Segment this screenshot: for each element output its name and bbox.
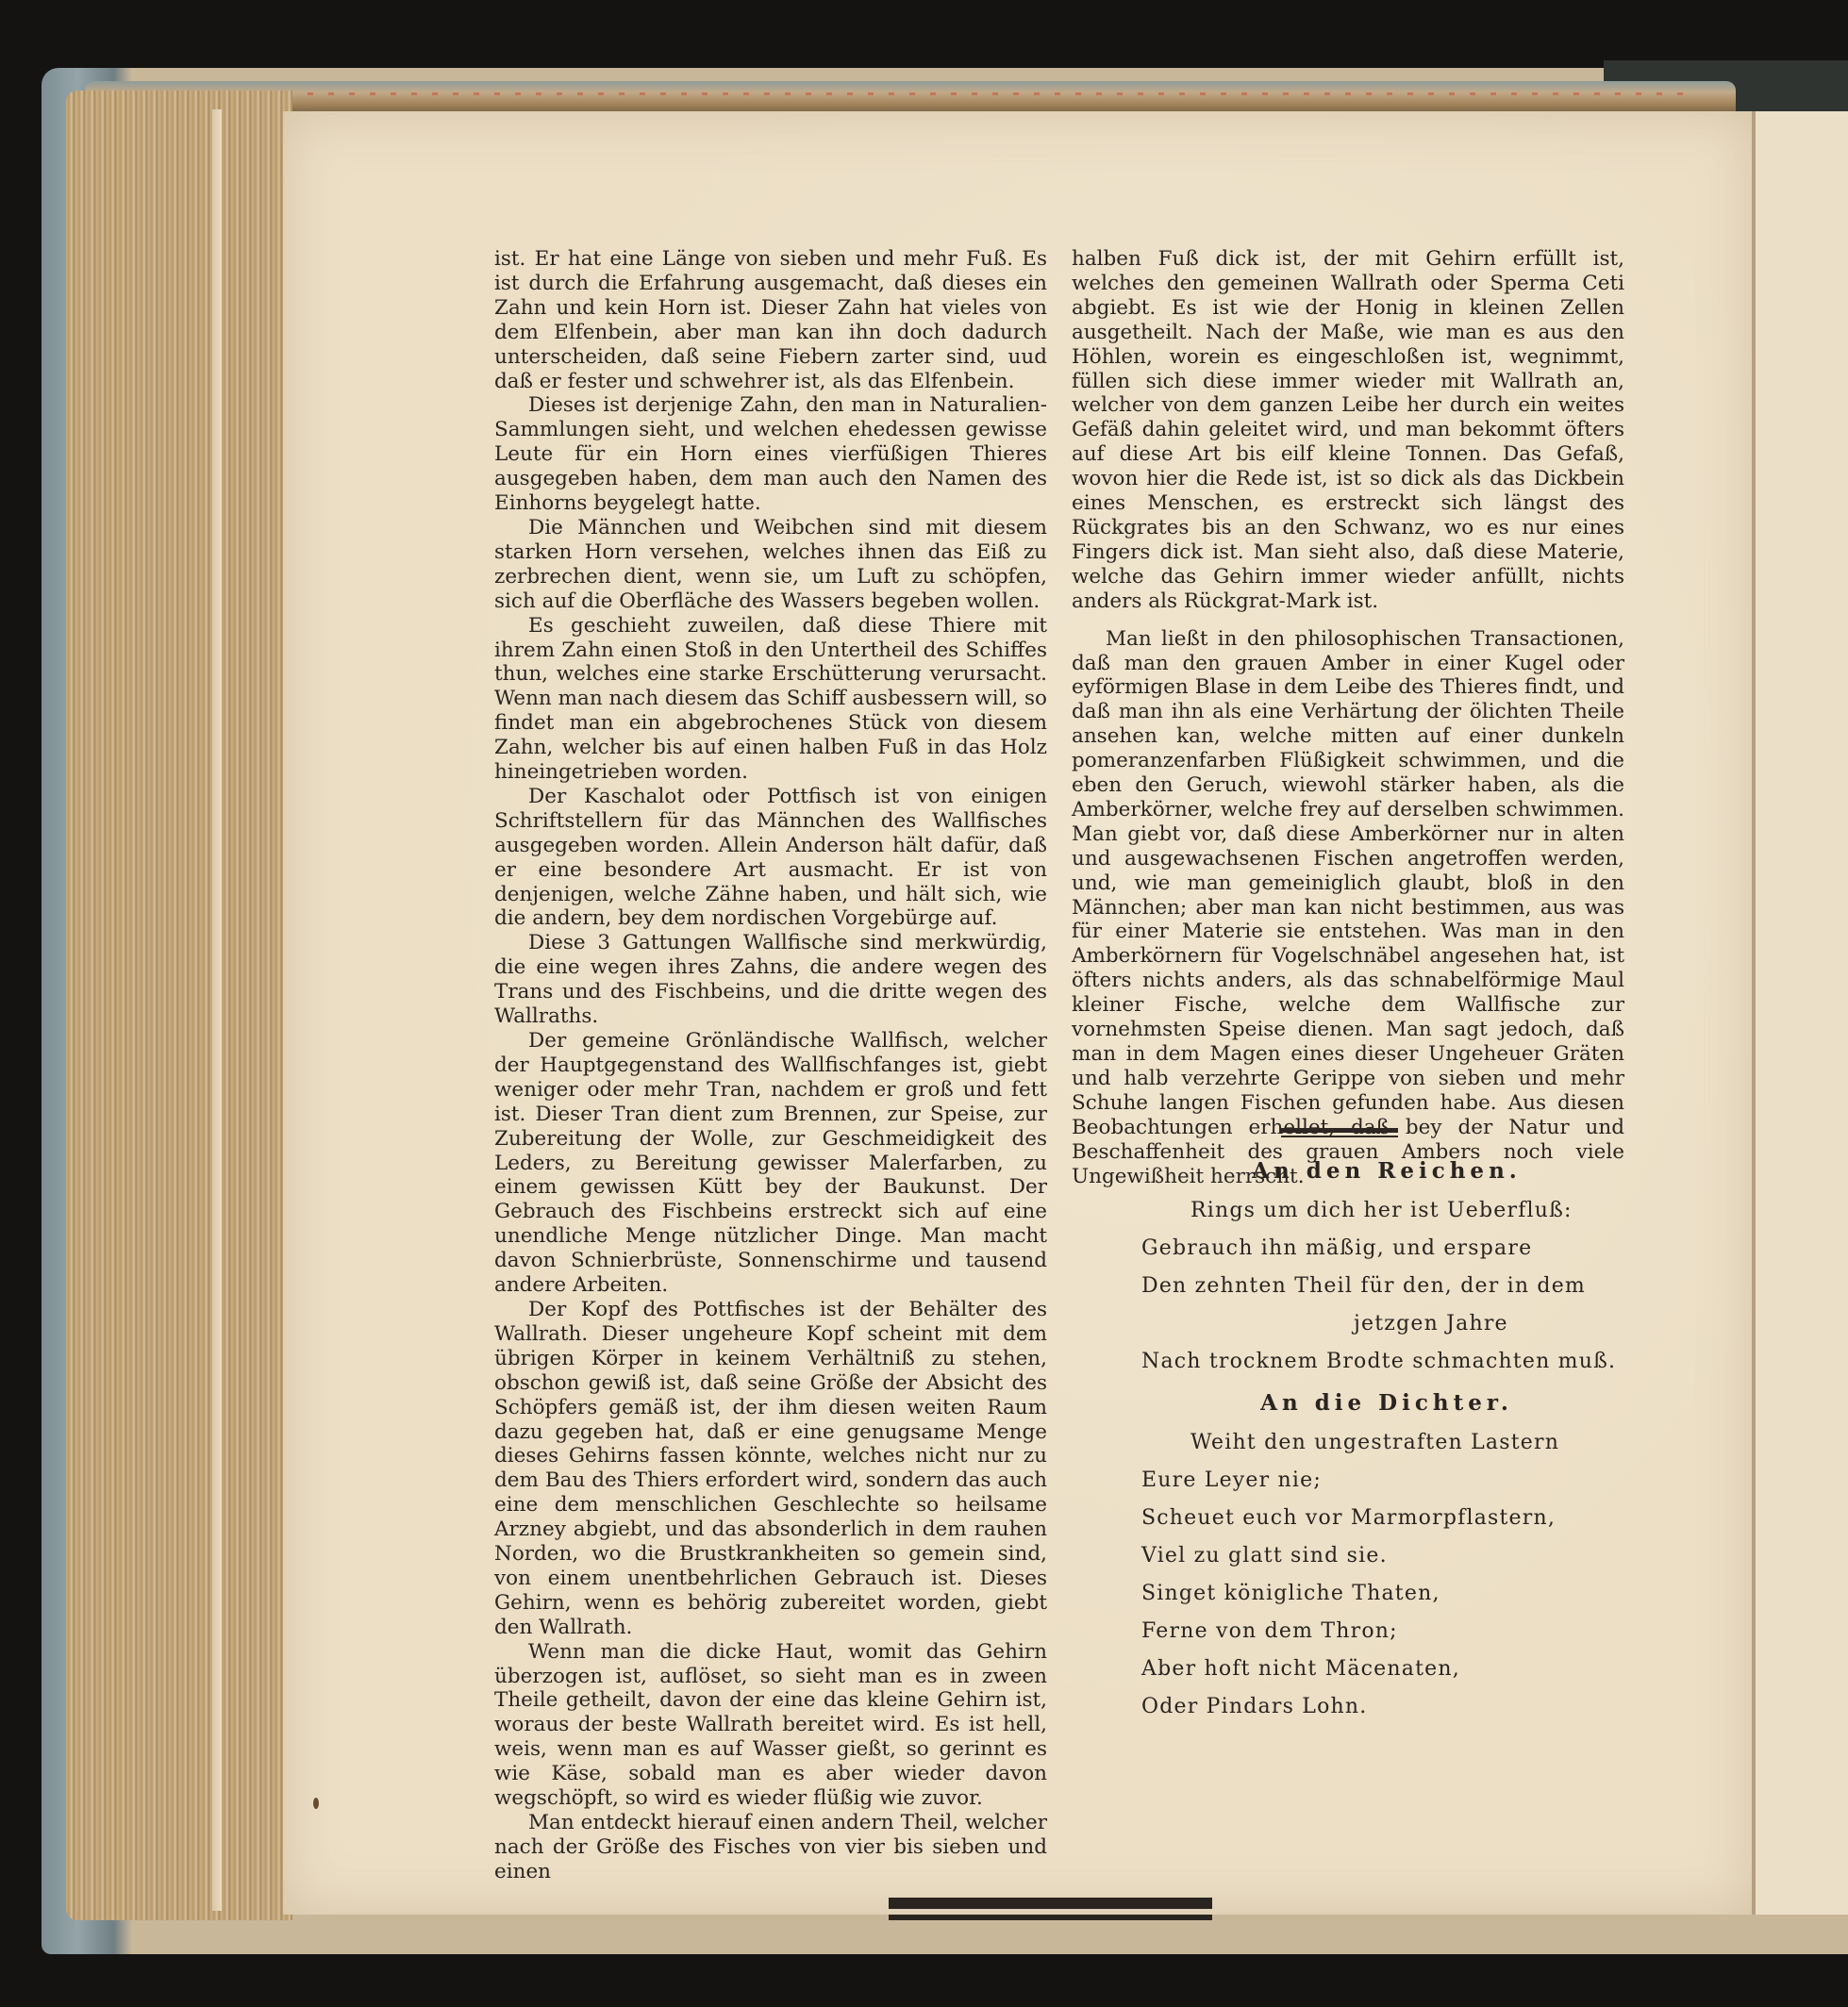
paragraph: Die Männchen und Weibchen sind mit diese… [494, 516, 1047, 614]
poem-title: An die Dichter. [1141, 1385, 1632, 1422]
poem-line-continuation: jetzgen Jahre [1141, 1305, 1632, 1343]
book-top-edge [85, 81, 1736, 113]
poem-line: Nach trocknem Brodte schmachten muß. [1141, 1343, 1632, 1381]
rule-thin-line [1281, 1136, 1398, 1137]
paragraph: halben Fuß dick ist, der mit Gehirn erfü… [1072, 247, 1624, 614]
poem-line: Den zehnten Theil für den, der in dem [1141, 1268, 1632, 1305]
poem-an-die-dichter: An die Dichter. Weiht den ungestraften L… [1141, 1385, 1632, 1726]
rule-thick-line [1281, 1128, 1398, 1133]
poem-line: Eure Leyer nie; [1141, 1462, 1632, 1500]
poem-line: Aber hoft nicht Mäcenaten, [1141, 1650, 1632, 1688]
section-divider-rule [1281, 1128, 1398, 1137]
paper-blemish [313, 1798, 319, 1809]
poem-title: An den Reichen. [1141, 1153, 1632, 1190]
paragraph: Man ließt in den philosophischen Transac… [1072, 627, 1624, 1189]
rule-thin-line [889, 1915, 1212, 1920]
poem-line: Scheuet euch vor Marmorpflastern, [1141, 1500, 1632, 1537]
text-column-right: halben Fuß dick ist, der mit Gehirn erfü… [1072, 247, 1624, 1188]
text-column-left: ist. Er hat eine Länge von sieben und me… [494, 247, 1047, 1884]
paragraph: Man entdeckt hierauf einen andern Theil,… [494, 1811, 1047, 1884]
paragraph: Der gemeine Grönländische Wallfisch, wel… [494, 1029, 1047, 1298]
paragraph: Der Kaschalot oder Pottfisch ist von ein… [494, 785, 1047, 931]
end-divider-rule [889, 1898, 1212, 1920]
page-fold-margin [212, 109, 222, 1911]
paragraph: Der Kopf des Pottfisches ist der Behälte… [494, 1298, 1047, 1640]
poem-line: Singet königliche Thaten, [1141, 1575, 1632, 1613]
rule-thick-line [889, 1898, 1212, 1909]
poem-line: Rings um dich her ist Ueberfluß: [1141, 1192, 1632, 1230]
poem-line: Oder Pindars Lohn. [1141, 1688, 1632, 1726]
paper-blemish [0, 0, 3, 8]
poem-line: Viel zu glatt sind sie. [1141, 1537, 1632, 1575]
poem-line: Gebrauch ihn mäßig, und erspare [1141, 1230, 1632, 1268]
paragraph: Dieses ist derjenige Zahn, den man in Na… [494, 393, 1047, 516]
paragraph: Wenn man die dicke Haut, womit das Gehir… [494, 1640, 1047, 1811]
page-stack-edges [66, 91, 292, 1920]
poem-an-den-reichen: An den Reichen. Rings um dich her ist Ue… [1141, 1153, 1632, 1381]
paragraph: Diese 3 Gattungen Wallfische sind merkwü… [494, 931, 1047, 1029]
poem-line: Ferne von dem Thron; [1141, 1613, 1632, 1650]
paragraph: ist. Er hat eine Länge von sieben und me… [494, 247, 1047, 393]
paragraph: Es geschieht zuweilen, daß diese Thiere … [494, 614, 1047, 785]
facing-page-edge [1756, 111, 1848, 1915]
poem-line: Weiht den ungestraften Lastern [1141, 1424, 1632, 1462]
